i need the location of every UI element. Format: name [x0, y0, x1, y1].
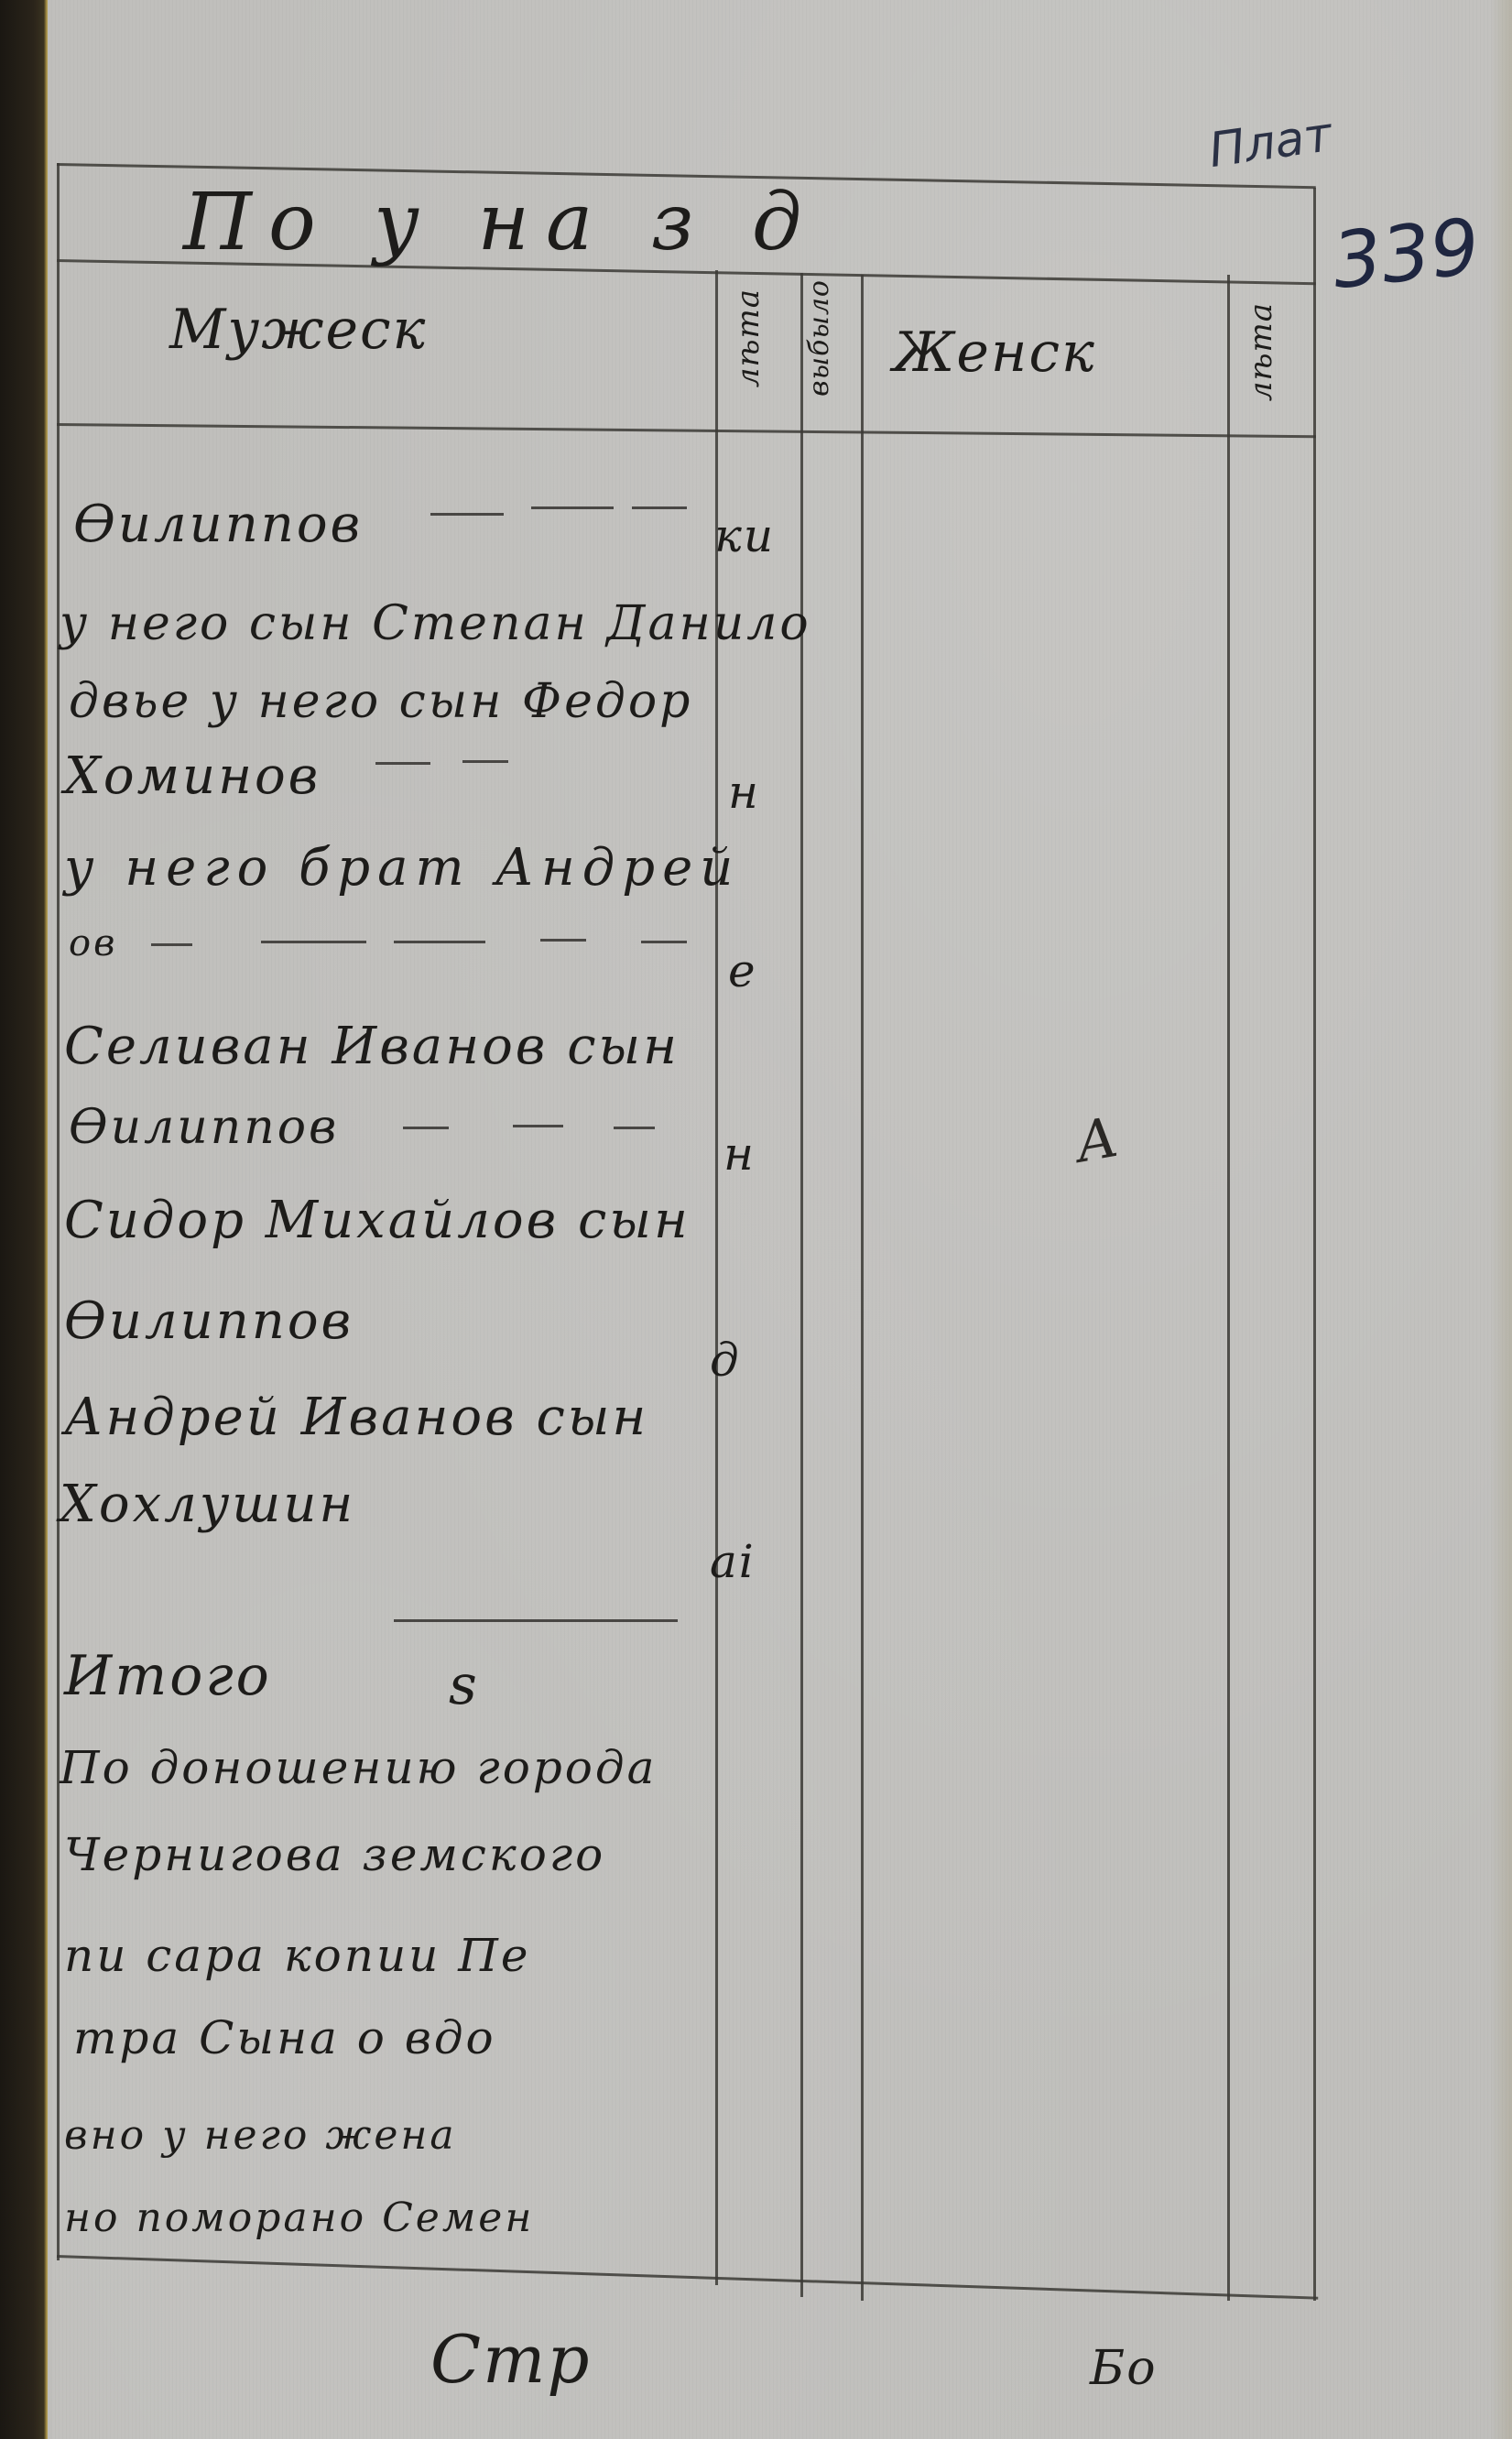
filler-dash	[462, 760, 508, 763]
page-edge-shadow	[1490, 0, 1512, 2439]
column-divider-female	[861, 275, 864, 2301]
entry-line: Ѳилиппов	[69, 1104, 339, 1151]
age-value: н	[728, 769, 760, 815]
entry-line: Хохлушин	[60, 1479, 355, 1530]
total-label: Итого	[64, 1649, 272, 1704]
entry-line: Ѳилиппов	[64, 1296, 354, 1347]
age-value: д	[710, 1337, 741, 1383]
filler-dash	[632, 506, 687, 509]
filler-dash	[261, 941, 366, 943]
column-divider-male-years	[715, 270, 718, 2285]
entry-line: у него брат Андрей	[64, 843, 740, 894]
male-column-header: Мужеск	[169, 302, 427, 357]
entry-line: Сидор Михайлов сын	[64, 1195, 691, 1247]
filler-dash	[531, 506, 614, 509]
filler-dash	[394, 941, 485, 943]
note-line: Черниговa земского	[64, 1832, 605, 1878]
note-line: тра Сынa о вдо	[73, 2015, 496, 2061]
entry-line: двье у него сын Федор	[69, 678, 692, 725]
female-column-header: Женск	[893, 325, 1096, 380]
male-years-column-header: лѣта	[733, 289, 764, 387]
filler-dash	[614, 1127, 655, 1129]
book-binding-edge	[0, 0, 48, 2439]
note-line: По доношению города	[60, 1745, 657, 1791]
filler-dash	[375, 762, 430, 765]
age-value: е	[728, 948, 757, 994]
folio-number: 339	[1329, 208, 1483, 299]
note-line: вно у него жена	[64, 2116, 457, 2156]
age-value: н	[723, 1131, 756, 1177]
table-title: По у на з д	[183, 183, 818, 262]
filler-dash	[641, 941, 687, 943]
filler-dash	[513, 1125, 563, 1127]
filler-dash	[151, 943, 192, 946]
age-value: аі	[710, 1539, 756, 1584]
note-line: пи сарa копии Пе	[64, 1933, 530, 1978]
entry-line: Селиван Иванов сын	[64, 1021, 680, 1073]
bottom-right-mark: Бо	[1090, 2345, 1158, 2392]
bottom-center-mark: Стр	[430, 2326, 591, 2392]
filler-dash	[430, 513, 504, 516]
total-value: ѕ	[449, 1658, 480, 1713]
filler-dash	[540, 939, 586, 942]
column-divider-female-years	[1227, 275, 1230, 2301]
entry-line: у него сын Степан Данило	[60, 600, 811, 648]
entry-line: Ѳилиппов	[73, 499, 363, 550]
table-right-border	[1313, 188, 1316, 2301]
entry-line: Хоминов	[64, 751, 321, 802]
filler-dash	[403, 1127, 449, 1129]
entry-line: Андрей Иванов сын	[64, 1392, 648, 1443]
female-column-mark: А	[1071, 1109, 1124, 1171]
note-line: но поморано Семен	[64, 2198, 534, 2238]
entry-line: ов	[69, 925, 117, 962]
female-years-column-header: лѣта	[1245, 302, 1277, 401]
total-rule	[394, 1619, 678, 1622]
age-value: ки	[714, 513, 775, 559]
departed-column-header: выбыло	[806, 279, 833, 397]
column-divider-departed	[800, 273, 803, 2297]
table-left-border	[57, 163, 60, 2260]
